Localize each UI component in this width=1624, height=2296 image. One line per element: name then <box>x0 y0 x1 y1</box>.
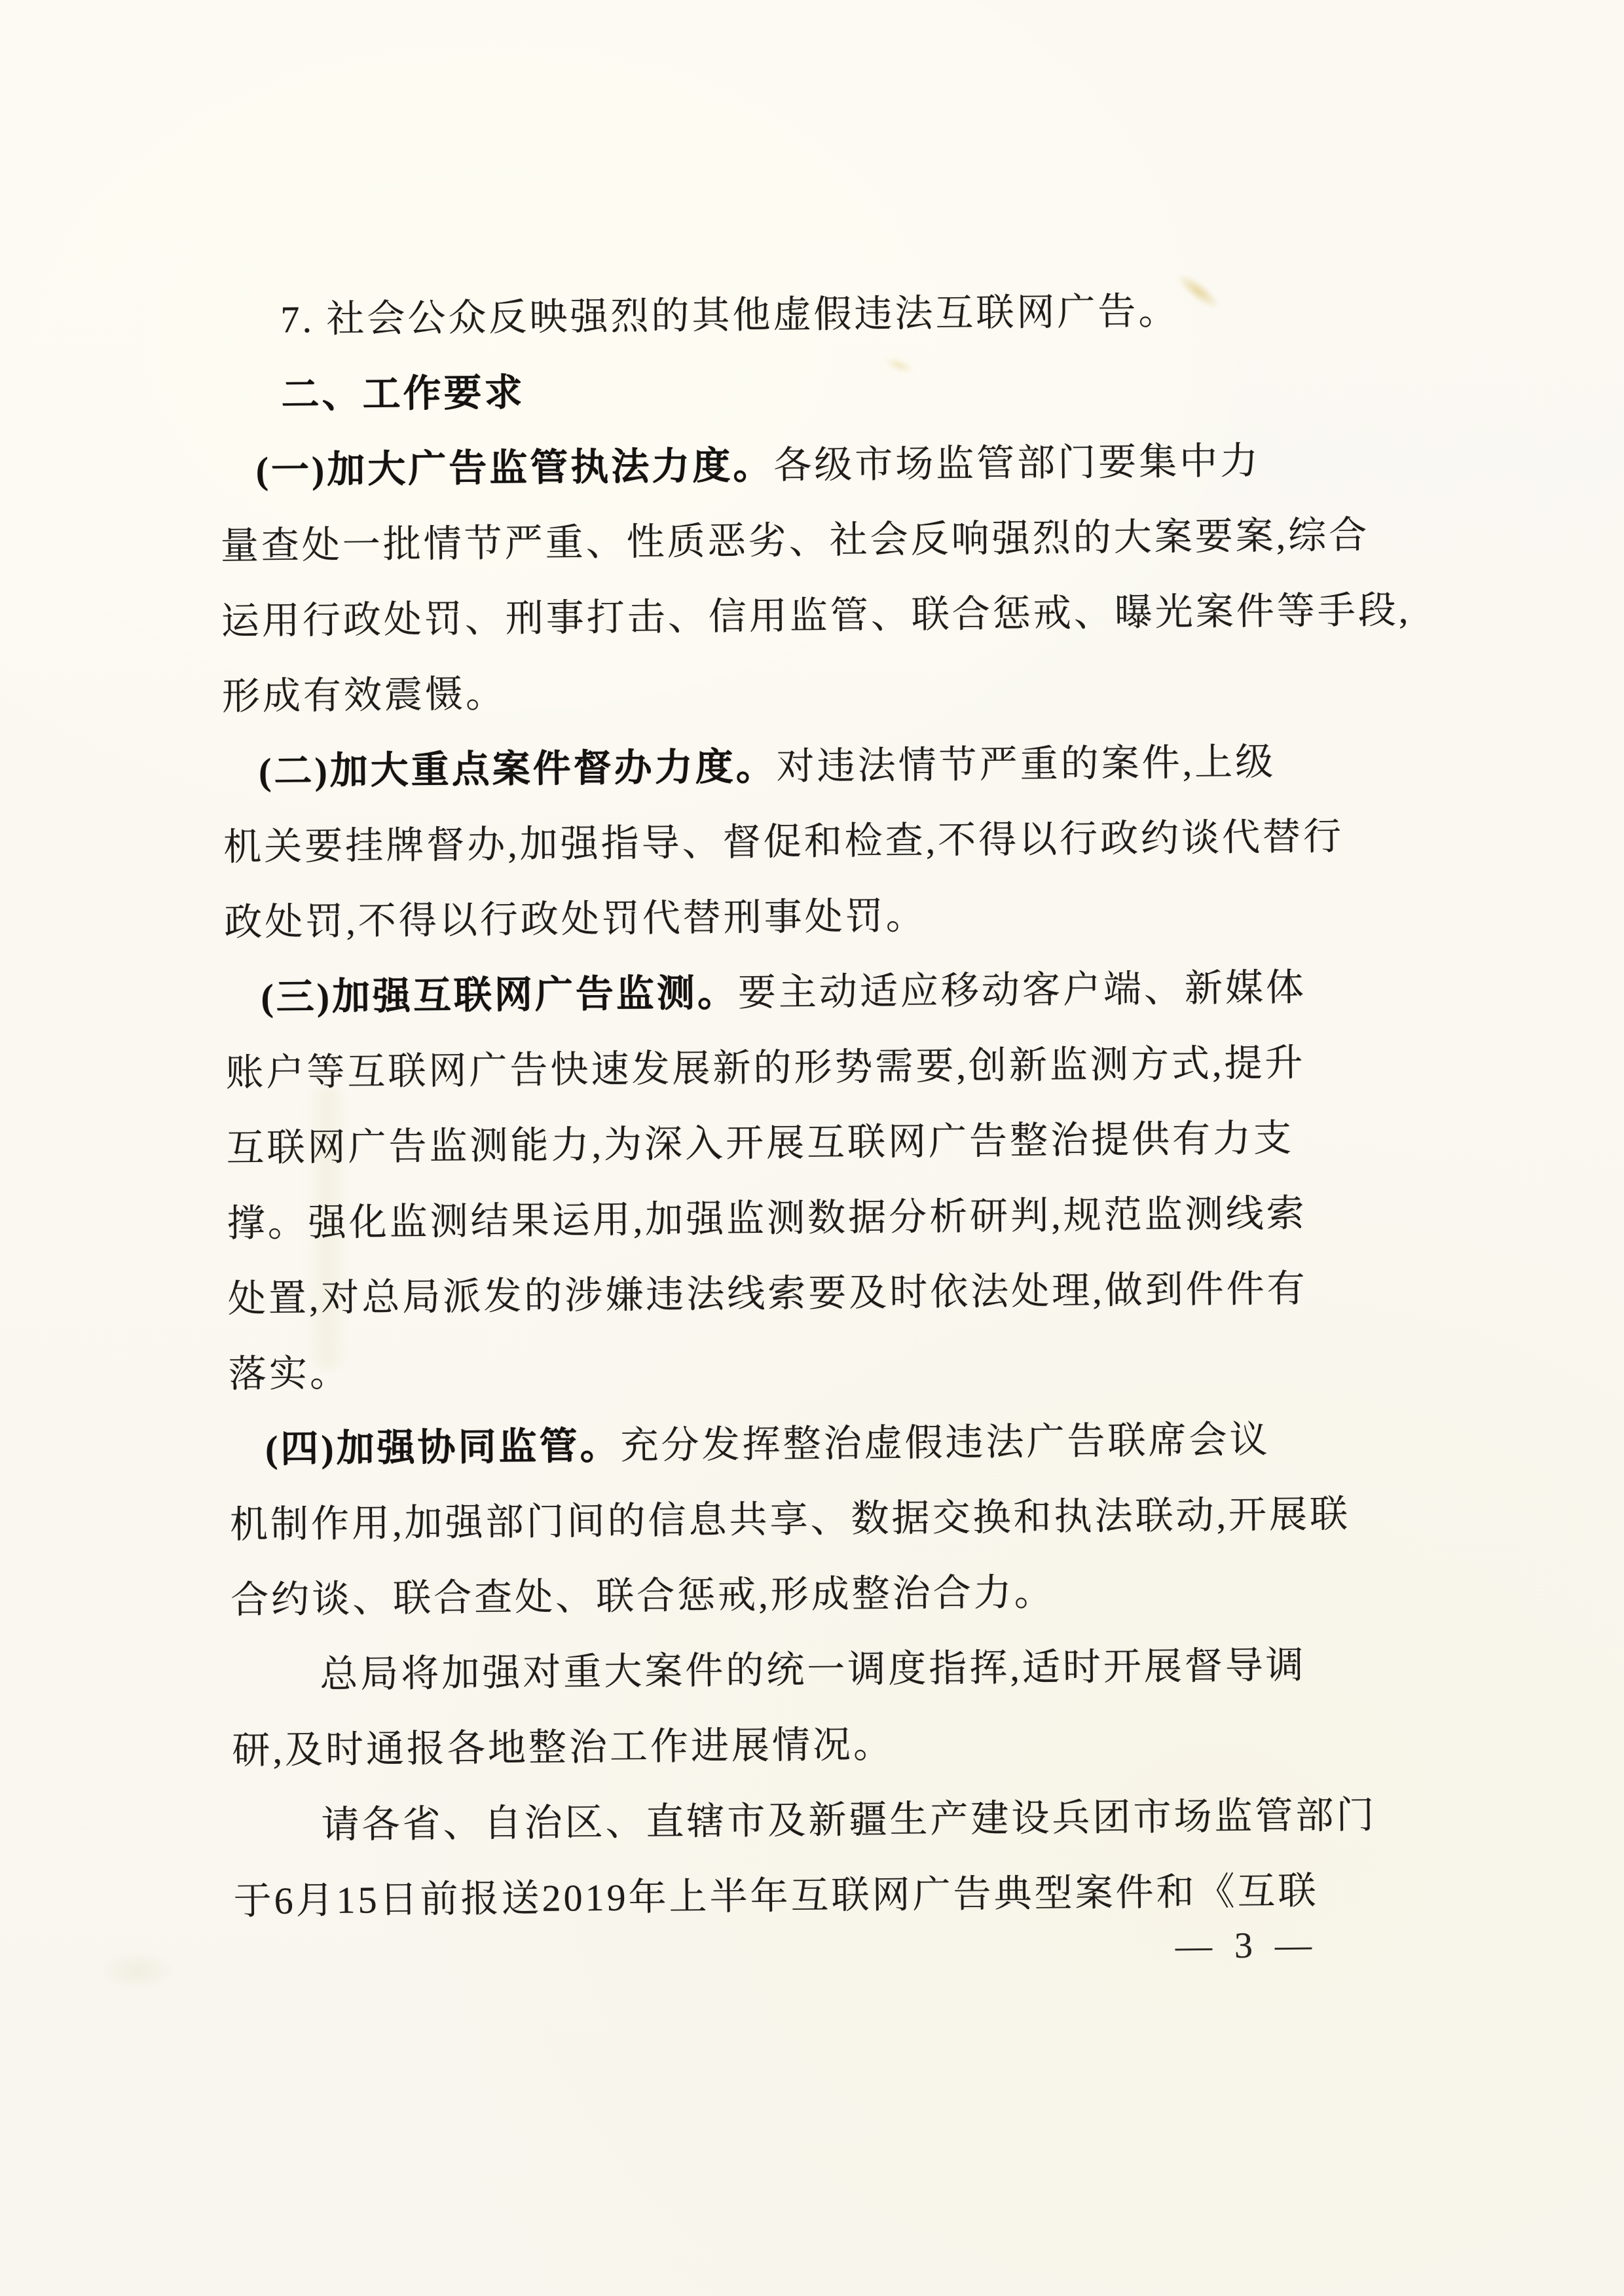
text-line: (二)加大重点案件督办力度。对违法情节严重的案件,上级 <box>223 723 1382 810</box>
text-line: 研,及时通报各地整治工作进展情况。 <box>232 1702 1392 1788</box>
text-line: (三)加强互联网广告监测。要主动适应移动客户端、新媒体 <box>225 949 1384 1036</box>
body-text: 处置,对总局派发的涉嫌违法线索要及时依法处理,做到件件有 <box>227 1267 1308 1321</box>
text-line: 运用行政处罚、刑事打击、信用监管、联合惩戒、曝光案件等手段, <box>221 573 1380 659</box>
body-text: 机关要挂牌督办,加强指导、督促和检查,不得以行政约谈代替行 <box>223 815 1344 868</box>
heading-text: (二)加大重点案件督办力度。 <box>259 745 777 793</box>
body-text: 合约谈、联合查处、联合惩戒,形成整治合力。 <box>231 1571 1055 1621</box>
text-line: 总局将加强对重大案件的统一调度指挥,适时开展督导调 <box>231 1626 1391 1713</box>
body-text: 研,及时通报各地整治工作进展情况。 <box>232 1723 894 1772</box>
text-line: 合约谈、联合查处、联合惩戒,形成整治合力。 <box>231 1551 1390 1637</box>
heading-text: (四)加强协同监管。 <box>265 1425 621 1470</box>
text-line: 机制作用,加强部门间的信息共享、数据交换和执法联动,开展联 <box>230 1476 1390 1562</box>
body-text: 落实。 <box>229 1352 351 1396</box>
body-text: 政处罚,不得以行政处罚代替刑事处罚。 <box>224 894 927 943</box>
text-line: 机关要挂牌督办,加强指导、督促和检查,不得以行政约谈代替行 <box>223 799 1383 885</box>
body-text: 请各省、自治区、直辖市及新疆生产建设兵团市场监管部门 <box>321 1794 1377 1846</box>
text-line: 量查处一批情节严重、性质恶劣、社会反响强烈的大案要案,综合 <box>220 498 1380 584</box>
document-body: 7. 社会公众反映强烈的其他虚假违法互联网广告。二、工作要求(一)加大广告监管执… <box>218 272 1393 1939</box>
body-text: 账户等互联网广告快速发展新的形势需要,创新监测方式,提升 <box>225 1042 1306 1095</box>
body-text: 互联网广告监测能力,为深入开展互联网广告整治提供有力支 <box>226 1117 1294 1170</box>
text-line: 撑。强化监测结果运用,加强监测数据分析研判,规范监测线索 <box>227 1175 1386 1261</box>
heading-text: (三)加强互联网广告监测。 <box>261 972 738 1019</box>
document-page: 7. 社会公众反映强烈的其他虚假违法互联网广告。二、工作要求(一)加大广告监管执… <box>0 0 1624 2296</box>
text-line: 账户等互联网广告快速发展新的形势需要,创新监测方式,提升 <box>225 1025 1385 1111</box>
heading-text: 二、工作要求 <box>281 371 525 416</box>
body-text: 7. 社会公众反映强烈的其他虚假违法互联网广告。 <box>280 289 1179 340</box>
text-line: 形成有效震慑。 <box>221 648 1381 735</box>
text-line: 落实。 <box>228 1325 1388 1412</box>
body-text: 形成有效震慑。 <box>222 672 507 718</box>
body-text: 撑。强化监测结果运用,加强监测数据分析研判,规范监测线索 <box>227 1192 1307 1245</box>
body-text: 机制作用,加强部门间的信息共享、数据交换和执法联动,开展联 <box>230 1493 1351 1546</box>
text-line: 7. 社会公众反映强烈的其他虚假违法互联网广告。 <box>218 272 1378 358</box>
text-line: 政处罚,不得以行政处罚代替刑事处罚。 <box>224 874 1384 960</box>
text-line: 请各省、自治区、直辖市及新疆生产建设兵团市场监管部门 <box>232 1777 1392 1863</box>
heading-text: (一)加大广告监管执法力度。 <box>255 444 773 492</box>
text-line: (四)加强协同监管。充分发挥整治虚假违法广告联席会议 <box>229 1400 1388 1487</box>
body-text: 总局将加强对重大案件的统一调度指挥,适时开展督导调 <box>320 1644 1306 1696</box>
body-text: 对违法情节严重的案件,上级 <box>776 740 1276 788</box>
scan-smudge <box>98 1951 177 1990</box>
text-line: 二、工作要求 <box>219 347 1378 433</box>
page-number: — 3 — <box>1175 1919 1319 1973</box>
body-text: 于6月15日前报送2019年上半年互联网广告典型案件和《互联 <box>233 1870 1319 1923</box>
text-line: 互联网广告监测能力,为深入开展互联网广告整治提供有力支 <box>226 1100 1386 1186</box>
body-text: 各级市场监管部门要集中力 <box>773 439 1261 486</box>
text-line: 处置,对总局派发的涉嫌违法线索要及时依法处理,做到件件有 <box>227 1250 1387 1336</box>
body-text: 运用行政处罚、刑事打击、信用监管、联合惩戒、曝光案件等手段, <box>221 589 1411 642</box>
body-text: 要主动适应移动客户端、新媒体 <box>738 966 1307 1014</box>
body-text: 量查处一批情节严重、性质恶劣、社会反响强烈的大案要案,综合 <box>220 514 1369 568</box>
body-text: 充分发挥整治虚假违法广告联席会议 <box>620 1418 1270 1467</box>
text-line: (一)加大广告监管执法力度。各级市场监管部门要集中力 <box>219 422 1379 509</box>
